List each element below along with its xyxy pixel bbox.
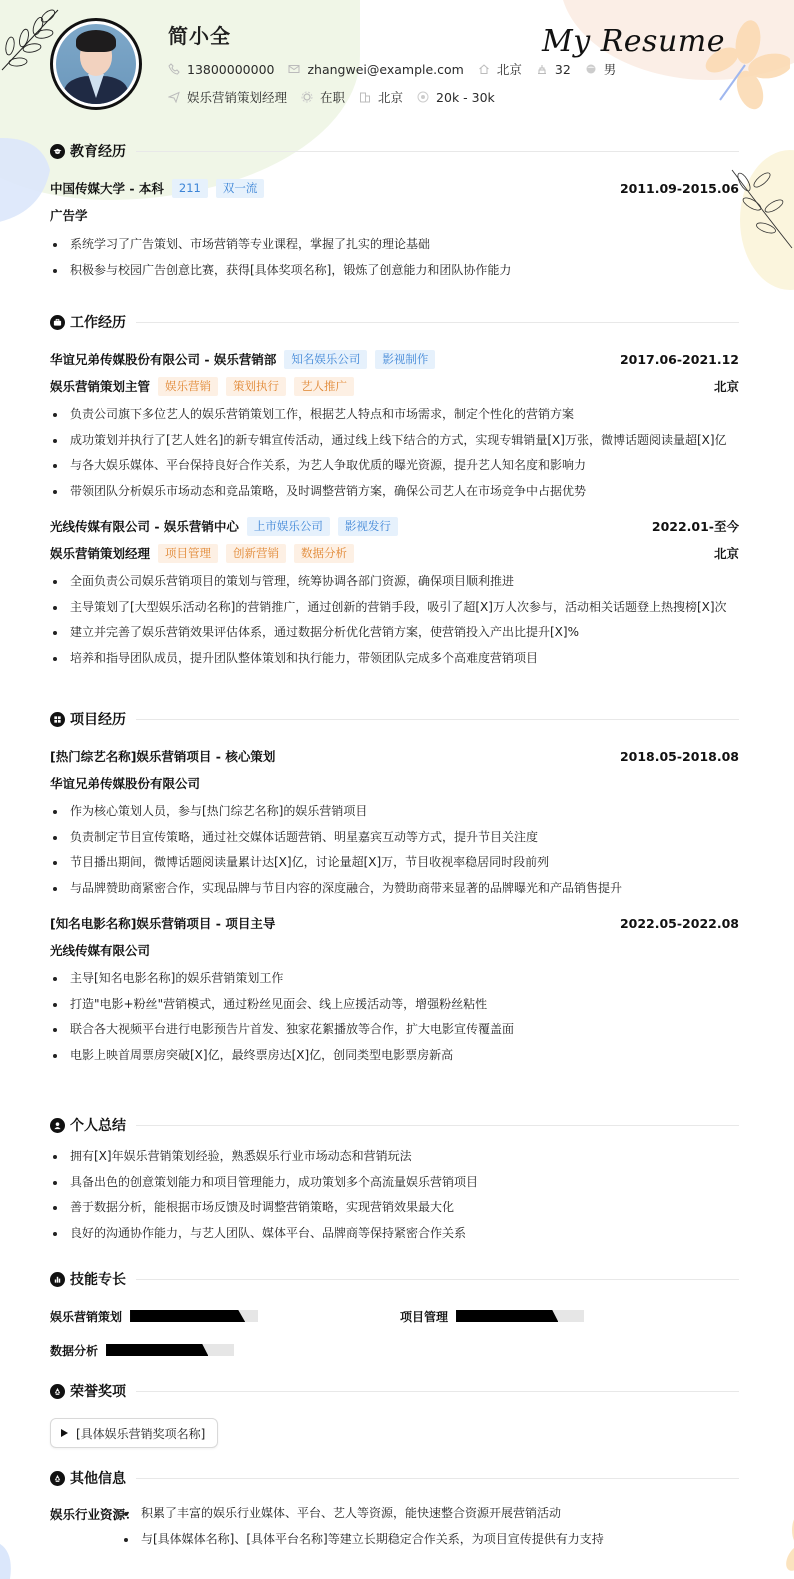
award-icon — [50, 1384, 65, 1399]
list-item: 良好的沟通协作能力，与艺人团队、媒体平台、品牌商等保持紧密合作关系 — [50, 1221, 739, 1247]
work-entry-header: 光线传媒有限公司 - 娱乐营销中心 上市娱乐公司 影视发行 2022.01-至今 — [50, 516, 739, 536]
list-item: 善于数据分析，能根据市场反馈及时调整营销策略，实现营销效果最大化 — [50, 1195, 739, 1221]
major-row: 广告学 — [50, 205, 739, 225]
avatar-photo — [56, 24, 136, 104]
contact-hometown: 北京 — [478, 60, 522, 78]
skill-progress-bar — [456, 1310, 584, 1322]
job-intent-row: 娱乐营销策划经理 在职 北京 20k - 30k — [168, 88, 509, 106]
skill-item: 项目管理 — [400, 1308, 584, 1324]
contact-email: zhangwei@example.com — [288, 62, 463, 77]
work-section: 工作经历 华谊兄弟传媒股份有限公司 - 娱乐营销部 知名娱乐公司 影视制作 20… — [50, 312, 739, 671]
intent-salary: 20k - 30k — [417, 90, 495, 105]
list-item: 具备出色的创意策划能力和项目管理能力，成功策划多个高流量娱乐营销项目 — [50, 1170, 739, 1196]
list-item: 作为核心策划人员，参与[热门综艺名称]的娱乐营销项目 — [50, 799, 739, 825]
work-bullets: 负责公司旗下多位艺人的娱乐营销策划工作，根据艺人特点和市场需求，制定个性化的营销… — [50, 402, 739, 504]
project-bullets: 作为核心策划人员，参与[热门综艺名称]的娱乐营销项目 负责制定节目宣传策略，通过… — [50, 799, 739, 901]
skill-progress-bar — [106, 1344, 234, 1356]
briefcase-icon — [50, 315, 65, 330]
list-item: 与[具体媒体名称]、[具体平台名称]等建立长期稳定合作关系，为项目宣传提供有力支… — [121, 1527, 604, 1553]
skill-item: 娱乐营销策划 — [50, 1308, 258, 1324]
project-company-row: 华谊兄弟传媒股份有限公司 — [50, 773, 739, 793]
section-header: 个人总结 — [50, 1115, 739, 1135]
section-divider — [136, 322, 739, 323]
list-item: 打造"电影+粉丝"营销模式，通过粉丝见面会、线上应援活动等，增强粉丝粘性 — [50, 992, 739, 1018]
awards-section: 荣誉奖项 — [50, 1381, 739, 1401]
triangle-right-icon — [61, 1429, 68, 1437]
avatar — [50, 18, 142, 110]
section-divider — [136, 1478, 739, 1479]
list-item: 建立并完善了娱乐营销效果评估体系，通过数据分析优化营销方案，使营销投入产出比提升… — [50, 620, 739, 646]
work-location: 北京 — [714, 544, 739, 562]
skill-name: 娱乐营销策划 — [50, 1308, 122, 1325]
phone-icon — [168, 63, 180, 75]
skills-section: 技能专长 — [50, 1269, 739, 1289]
education-date: 2011.09-2015.06 — [620, 181, 739, 196]
role-tag: 娱乐营销 — [158, 377, 218, 396]
company-tag: 影视制作 — [375, 350, 435, 369]
role-title: 娱乐营销策划主管 — [50, 377, 150, 395]
other-section: 其他信息 — [50, 1468, 739, 1488]
section-header: 项目经历 — [50, 709, 739, 729]
resume-title-decoration: My Resume — [542, 24, 725, 59]
age-icon — [536, 63, 548, 75]
section-divider — [136, 151, 739, 152]
list-item: 电影上映首周票房突破[X]亿，最终票房达[X]亿，创同类型电影票房新高 — [50, 1043, 739, 1069]
role-tag: 策划执行 — [226, 377, 286, 396]
project-company-row: 光线传媒有限公司 — [50, 940, 739, 960]
section-header: 工作经历 — [50, 312, 739, 332]
company-tag: 知名娱乐公司 — [284, 350, 367, 369]
resume-page: 简小全 My Resume 13800000000 zhangwei@examp… — [0, 0, 794, 1579]
list-item: 积极参与校园广告创意比赛，获得[具体奖项名称]，锻炼了创意能力和团队协作能力 — [50, 258, 739, 284]
list-item: 节目播出期间，微博话题阅读量累计达[X]亿，讨论量超[X]万，节目收视率稳居同时… — [50, 850, 739, 876]
work-role-row: 娱乐营销策划主管 娱乐营销 策划执行 艺人推广 北京 — [50, 376, 739, 396]
section-title: 个人总结 — [70, 1115, 126, 1135]
award-icon — [50, 1471, 65, 1486]
work-date: 2022.01-至今 — [652, 517, 739, 535]
role-title: 娱乐营销策划经理 — [50, 544, 150, 562]
skill-name: 项目管理 — [400, 1308, 448, 1325]
list-item: 系统学习了广告策划、市场营销等专业课程，掌握了扎实的理论基础 — [50, 232, 739, 258]
section-title: 项目经历 — [70, 709, 126, 729]
position-icon — [168, 91, 180, 103]
list-item: 联合各大视频平台进行电影预告片首发、独家花絮播放等合作，扩大电影宣传覆盖面 — [50, 1017, 739, 1043]
intent-status: 在职 — [301, 88, 345, 106]
project-name: [热门综艺名称]娱乐营销项目 - 核心策划 — [50, 747, 275, 765]
project-company: 光线传媒有限公司 — [50, 941, 150, 959]
home-icon — [478, 63, 490, 75]
section-title: 其他信息 — [70, 1468, 126, 1488]
list-item: 负责制定节目宣传策略，通过社交媒体话题营销、明星嘉宾互动等方式，提升节目关注度 — [50, 825, 739, 851]
list-item: 负责公司旗下多位艺人的娱乐营销策划工作，根据艺人特点和市场需求，制定个性化的营销… — [50, 402, 739, 428]
work-bullets: 全面负责公司娱乐营销项目的策划与管理，统筹协调各部门资源，确保项目顺利推进 主导… — [50, 569, 739, 671]
role-tag: 创新营销 — [226, 544, 286, 563]
mail-icon — [288, 63, 300, 75]
section-title: 技能专长 — [70, 1269, 126, 1289]
skill-progress-fill — [130, 1310, 245, 1322]
section-divider — [136, 1391, 739, 1392]
graduation-cap-icon — [50, 144, 65, 159]
list-item: 积累了丰富的娱乐行业媒体、平台、艺人等资源，能快速整合资源开展营销活动 — [121, 1501, 604, 1527]
work-role-row: 娱乐营销策划经理 项目管理 创新营销 数据分析 北京 — [50, 543, 739, 563]
project-entry-header: [知名电影名称]娱乐营销项目 - 项目主导 2022.05-2022.08 — [50, 913, 739, 933]
company-name: 华谊兄弟传媒股份有限公司 - 娱乐营销部 — [50, 350, 276, 368]
list-item: 全面负责公司娱乐营销项目的策划与管理，统筹协调各部门资源，确保项目顺利推进 — [50, 569, 739, 595]
project-date: 2018.05-2018.08 — [620, 749, 739, 764]
list-item: 主导策划了[大型娱乐活动名称]的营销推广，通过创新的营销手段，吸引了超[X]万人… — [50, 595, 739, 621]
skill-progress-bar — [130, 1310, 258, 1322]
section-title: 教育经历 — [70, 141, 126, 161]
list-item: 主导[知名电影名称]的娱乐营销策划工作 — [50, 966, 739, 992]
section-divider — [136, 719, 739, 720]
role-tag: 数据分析 — [294, 544, 354, 563]
section-header: 其他信息 — [50, 1468, 739, 1488]
section-title: 工作经历 — [70, 312, 126, 332]
project-name: [知名电影名称]娱乐营销项目 - 项目主导 — [50, 914, 275, 932]
school-tag: 211 — [172, 179, 208, 198]
other-info-bullets: 积累了丰富的娱乐行业媒体、平台、艺人等资源，能快速整合资源开展营销活动 与[具体… — [121, 1501, 604, 1552]
status-icon — [301, 91, 313, 103]
company-name: 光线传媒有限公司 - 娱乐营销中心 — [50, 517, 239, 535]
list-item: 成功策划并执行了[艺人姓名]的新专辑宣传活动，通过线上线下结合的方式，实现专辑销… — [50, 428, 739, 454]
contact-phone: 13800000000 — [168, 62, 274, 77]
projects-section: 项目经历 [热门综艺名称]娱乐营销项目 - 核心策划 2018.05-2018.… — [50, 709, 739, 1068]
list-item: 与各大娱乐媒体、平台保持良好合作关系，为艺人争取优质的曝光资源，提升艺人知名度和… — [50, 453, 739, 479]
gender-icon — [585, 63, 597, 75]
intent-position: 娱乐营销策划经理 — [168, 88, 287, 106]
section-title: 荣誉奖项 — [70, 1381, 126, 1401]
section-header: 荣誉奖项 — [50, 1381, 739, 1401]
skill-progress-fill — [456, 1310, 558, 1322]
section-divider — [136, 1279, 739, 1280]
project-date: 2022.05-2022.08 — [620, 916, 739, 931]
list-item: 拥有[X]年娱乐营销策划经验，熟悉娱乐行业市场动态和营销玩法 — [50, 1144, 739, 1170]
skill-progress-fill — [106, 1344, 208, 1356]
summary-bullets: 拥有[X]年娱乐营销策划经验，熟悉娱乐行业市场动态和营销玩法 具备出色的创意策划… — [50, 1144, 739, 1246]
summary-section: 个人总结 拥有[X]年娱乐营销策划经验，熟悉娱乐行业市场动态和营销玩法 具备出色… — [50, 1115, 739, 1246]
school-tag: 双一流 — [216, 179, 265, 198]
award-item[interactable]: [具体娱乐营销奖项名称] — [50, 1418, 218, 1448]
skill-item: 数据分析 — [50, 1342, 234, 1358]
role-tag: 项目管理 — [158, 544, 218, 563]
role-tag: 艺人推广 — [294, 377, 354, 396]
salary-icon — [417, 91, 429, 103]
skill-name: 数据分析 — [50, 1342, 98, 1359]
section-header: 教育经历 — [50, 141, 739, 161]
list-item: 培养和指导团队成员，提升团队整体策划和执行能力，带领团队完成多个高难度营销项目 — [50, 646, 739, 672]
school-name: 中国传媒大学 - 本科 — [50, 179, 164, 197]
project-company: 华谊兄弟传媒股份有限公司 — [50, 774, 200, 792]
project-entry-header: [热门综艺名称]娱乐营销项目 - 核心策划 2018.05-2018.08 — [50, 746, 739, 766]
list-item: 与品牌赞助商紧密合作，实现品牌与节目内容的深度融合，为赞助商带来显著的品牌曝光和… — [50, 876, 739, 902]
candidate-name: 简小全 — [168, 20, 231, 49]
work-location: 北京 — [714, 377, 739, 395]
work-entry-header: 华谊兄弟传媒股份有限公司 - 娱乐营销部 知名娱乐公司 影视制作 2017.06… — [50, 349, 739, 369]
section-header: 技能专长 — [50, 1269, 739, 1289]
bar-chart-icon — [50, 1272, 65, 1287]
education-section: 教育经历 中国传媒大学 - 本科 211 双一流 2011.09-2015.06… — [50, 141, 739, 283]
work-date: 2017.06-2021.12 — [620, 352, 739, 367]
company-tag: 影视发行 — [338, 517, 398, 536]
contact-gender: 男 — [585, 60, 617, 78]
education-bullets: 系统学习了广告策划、市场营销等专业课程，掌握了扎实的理论基础 积极参与校园广告创… — [50, 232, 739, 283]
city-icon — [359, 91, 371, 103]
section-divider — [136, 1125, 739, 1126]
list-item: 带领团队分析娱乐市场动态和竞品策略，及时调整营销方案，确保公司艺人在市场竞争中占… — [50, 479, 739, 505]
award-name: [具体娱乐营销奖项名称] — [76, 1425, 205, 1442]
intent-city: 北京 — [359, 88, 403, 106]
education-entry-header: 中国传媒大学 - 本科 211 双一流 2011.09-2015.06 — [50, 178, 739, 198]
grid-icon — [50, 712, 65, 727]
user-icon — [50, 1118, 65, 1133]
contact-info-row: 13800000000 zhangwei@example.com 北京 32 男 — [168, 60, 630, 78]
major: 广告学 — [50, 206, 88, 224]
project-bullets: 主导[知名电影名称]的娱乐营销策划工作 打造"电影+粉丝"营销模式，通过粉丝见面… — [50, 966, 739, 1068]
company-tag: 上市娱乐公司 — [247, 517, 330, 536]
contact-age: 32 — [536, 62, 571, 77]
